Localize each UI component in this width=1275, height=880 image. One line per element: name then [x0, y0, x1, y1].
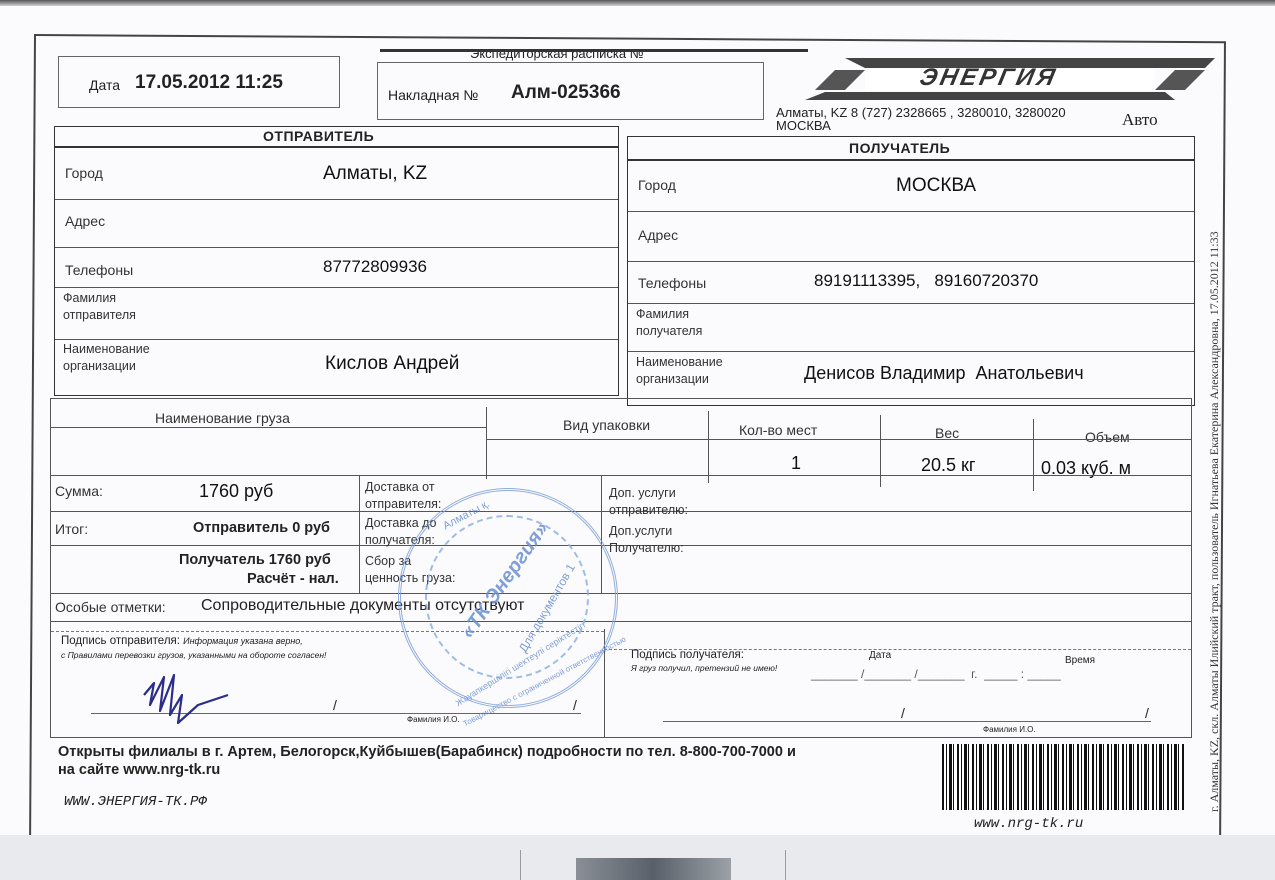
scanner-shadow — [576, 858, 731, 880]
scan-edge — [0, 0, 1275, 6]
tear-fold-line — [785, 850, 786, 880]
tear-fold-line — [520, 850, 521, 880]
paper-sheet: Экспедиторская расписка № Дата 17.05.201… — [0, 0, 1275, 850]
outer-frame — [29, 34, 1226, 851]
